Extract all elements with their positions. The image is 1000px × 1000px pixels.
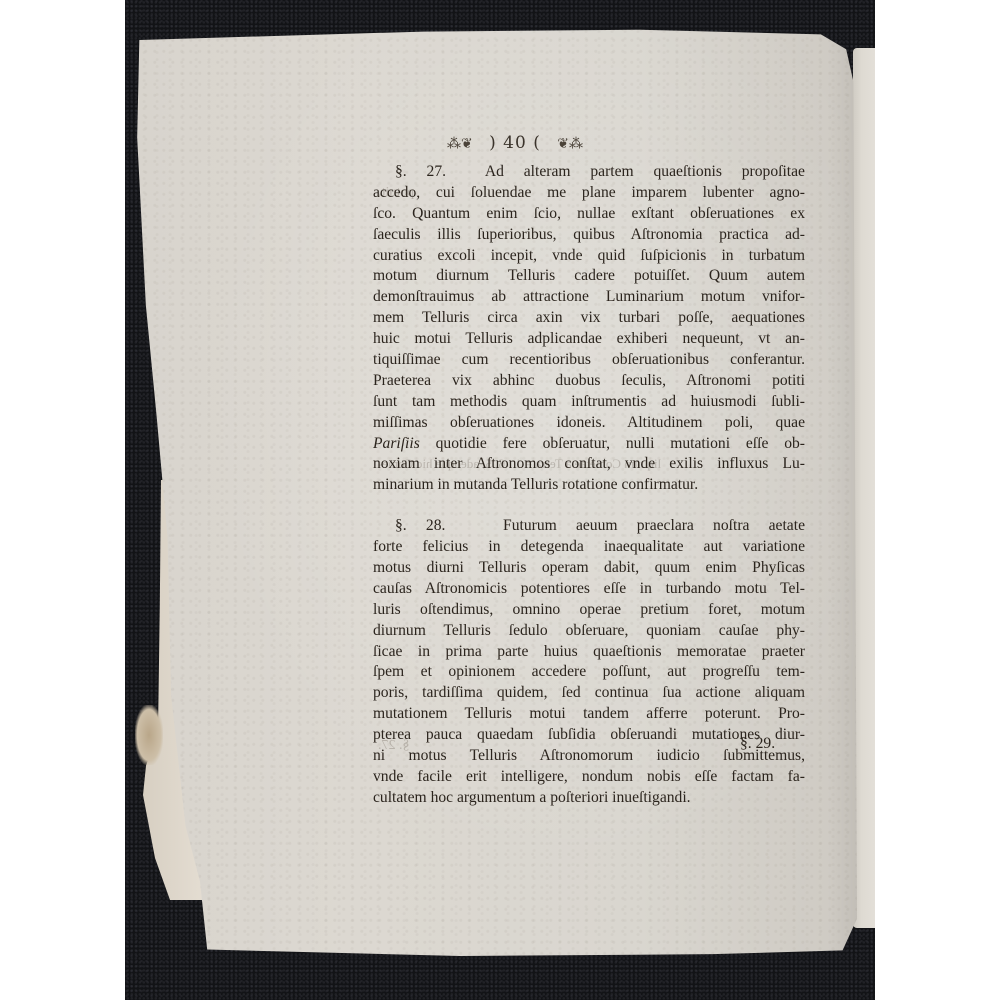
text-line: poris, tardiſſima quidem, ſed continua ſ…: [373, 683, 805, 704]
text-line: luris oſtendimus, omnino operae pretium …: [373, 600, 805, 621]
text-line: vnde facile erit intelligere, nondum nob…: [373, 767, 805, 788]
text-line: forte felicius in detegenda inaequalitat…: [373, 537, 805, 558]
page-number: ) 40 (: [489, 133, 541, 153]
section-27: §. 27. Ad alteram partem quaeſtionis pro…: [373, 162, 805, 496]
text-line: motum diurnum Telluris cadere potuiſſet.…: [373, 266, 805, 287]
fleuron-left-icon: ⁂❦: [447, 136, 473, 152]
text-line: §. 27. Ad alteram partem quaeſtionis pro…: [373, 162, 805, 183]
text-line: tiquiſſimae cum recentioribus obſeruatio…: [373, 350, 805, 371]
text-line: demonſtrauimus ab attractione Luminarium…: [373, 287, 805, 308]
catchword: §. 29.: [740, 735, 775, 753]
text-line: Praeterea vix abhinc duobus ſeculis, Aſt…: [373, 371, 805, 392]
section-number: §. 28.: [395, 517, 445, 534]
paper-stain: [135, 705, 163, 765]
text-line: cultatem hoc argumentum a poſteriori inu…: [373, 788, 805, 809]
text-line: §. 28. Futurum aeuum praeclara noſtra ae…: [373, 516, 805, 537]
text-line: minarium in mutanda Telluris rotatione c…: [373, 475, 805, 496]
text-line: accedo, cui ſoluendae me plane imparem l…: [373, 183, 805, 204]
section-28: §. 28. Futurum aeuum praeclara noſtra ae…: [373, 516, 805, 808]
fleuron-right-icon: ❦⁂: [557, 136, 583, 152]
text-line: huic motui Telluris adplicandae exhiberi…: [373, 329, 805, 350]
text-line: ſpem et opinionem accedere poſſunt, aut …: [373, 662, 805, 683]
body-text: §. 27. Ad alteram partem quaeſtionis pro…: [373, 162, 805, 809]
text-line: noxiam inter Aſtronomos conſtat, vnde ex…: [373, 454, 805, 475]
text-line: mutationem Telluris motui tandem afferre…: [373, 704, 805, 725]
text-line: mem Telluris circa axin vix turbari poſſ…: [373, 308, 805, 329]
page-header: ⁂❦ ) 40 ( ❦⁂: [380, 133, 650, 153]
italic-place-name: Pariſiis: [373, 435, 420, 452]
text-line: Pariſiis quotidie fere obſeruatur, nulli…: [373, 434, 805, 455]
text-line: ſicae in prima parte huius quaeſtionis m…: [373, 642, 805, 663]
text-line: motus diurni Telluris operam dabit, quum…: [373, 558, 805, 579]
text-line: ſco. Quantum enim ſcio, nullae exſtant o…: [373, 204, 805, 225]
text-line: miſſimas obſeruationes idoneis. Altitudi…: [373, 413, 805, 434]
text-line: diurnum Telluris ſedulo obſeruare, quoni…: [373, 621, 805, 642]
text-line: cauſas Aſtronomicis potentiores eſſe in …: [373, 579, 805, 600]
text-line: ſunt tam methodis quam inſtrumentis ad h…: [373, 392, 805, 413]
text-line: ſaeculis illis ſuperioribus, quibus Aſtr…: [373, 225, 805, 246]
section-number: §. 27.: [395, 163, 446, 180]
text-line: curatius excoli incepit, vnde quid ſuſpi…: [373, 246, 805, 267]
